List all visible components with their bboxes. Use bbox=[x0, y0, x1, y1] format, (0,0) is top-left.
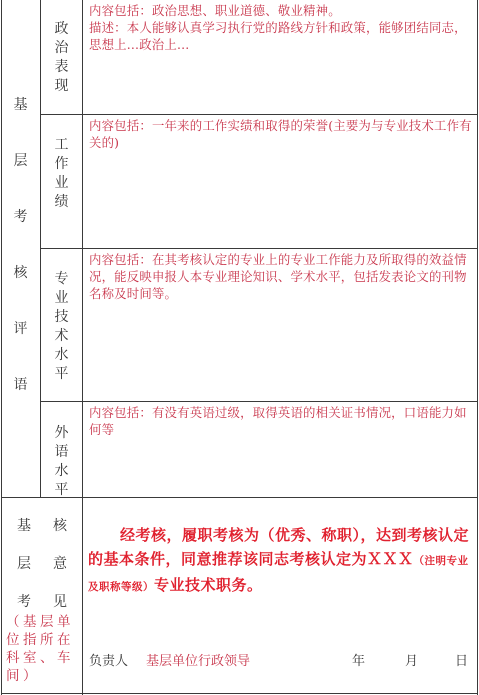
signer-label: 负责人 bbox=[89, 650, 128, 669]
verdict-text-end: 专业技术职务。 bbox=[154, 576, 263, 594]
content-line: 内容包括：有没有英语过级，取得英语的相关证书情况，口语能力如何等 bbox=[89, 404, 474, 438]
heading-char: 考 bbox=[14, 210, 28, 224]
date-month: 月 bbox=[405, 650, 418, 669]
opinion-label-note: （基层单 位指所在 科室、车 间） bbox=[2, 613, 82, 685]
label-char: 政 bbox=[55, 22, 69, 36]
opinion-label: 基 核 层 意 考 见 （基层单 位指所在 科室、车 间） bbox=[2, 519, 82, 685]
opinion-verdict: 经考核，履职考核为（优秀、称职），达到考核认定的基本条件，同意推荐该同志考核认定… bbox=[88, 523, 474, 599]
note-line: 位指所在 bbox=[6, 631, 82, 649]
content-line: 描述：本人能够认真学习执行党的路线方针和政策，能够团结同志，思想上...政治上.… bbox=[89, 19, 474, 53]
border-row2 bbox=[40, 248, 478, 249]
label-char: 见 bbox=[53, 595, 67, 609]
heading-char: 语 bbox=[14, 378, 28, 392]
section-content-technical: 内容包括：在其考核认定的专业上的专业工作能力及所取得的效益情况，能反映申报人本专… bbox=[89, 251, 474, 302]
border-main-divider bbox=[1, 497, 478, 498]
signer-value: 基层单位行政领导 bbox=[146, 650, 250, 669]
label-char: 工 bbox=[55, 138, 69, 152]
date-year: 年 bbox=[352, 650, 365, 669]
section-label-political: 政 治 表 现 bbox=[41, 22, 82, 93]
left-heading: 基 层 考 核 评 语 bbox=[1, 98, 40, 392]
label-char: 表 bbox=[55, 60, 69, 74]
content-line: 内容包括：一年来的工作实绩和取得的荣誉(主要为与专业技术工作有关的) bbox=[89, 117, 474, 151]
note-line: 间） bbox=[6, 667, 82, 685]
label-char: 语 bbox=[55, 445, 69, 459]
label-char: 平 bbox=[55, 483, 69, 497]
date-day: 日 bbox=[455, 650, 468, 669]
label-char: 意 bbox=[53, 557, 67, 571]
border-bottom bbox=[1, 693, 478, 694]
border-row1 bbox=[40, 114, 478, 115]
label-char: 水 bbox=[55, 348, 69, 362]
content-line: 内容包括：政治思想、职业道德、敬业精神。 bbox=[89, 2, 474, 19]
verdict-text: 经考核，履职考核为（优秀、称职），达到考核认定的基本条件，同意推荐该同志考核认定… bbox=[88, 526, 469, 568]
label-char: 外 bbox=[55, 426, 69, 440]
note-line: （基层单 bbox=[6, 613, 82, 631]
label-char: 作 bbox=[55, 157, 69, 171]
content-line: 内容包括：在其考核认定的专业上的专业工作能力及所取得的效益情况，能反映申报人本专… bbox=[89, 251, 474, 302]
label-char: 基 bbox=[17, 519, 31, 533]
label-char: 治 bbox=[55, 41, 69, 55]
label-char: 水 bbox=[55, 464, 69, 478]
section-content-language: 内容包括：有没有英语过级，取得英语的相关证书情况，口语能力如何等 bbox=[89, 404, 474, 438]
border-right bbox=[477, 0, 478, 695]
label-char: 业 bbox=[55, 291, 69, 305]
border-row3 bbox=[40, 401, 478, 402]
label-char: 技 bbox=[55, 310, 69, 324]
border-col2 bbox=[82, 0, 83, 695]
section-content-political: 内容包括：政治思想、职业道德、敬业精神。 描述：本人能够认真学习执行党的路线方针… bbox=[89, 2, 474, 53]
label-char: 核 bbox=[53, 519, 67, 533]
label-char: 业 bbox=[55, 176, 69, 190]
section-content-work: 内容包括：一年来的工作实绩和取得的荣誉(主要为与专业技术工作有关的) bbox=[89, 117, 474, 151]
label-char: 专 bbox=[55, 272, 69, 286]
section-label-work: 工 作 业 绩 bbox=[41, 138, 82, 209]
heading-char: 基 bbox=[14, 98, 28, 112]
section-label-language: 外 语 水 平 bbox=[41, 426, 82, 497]
label-char: 绩 bbox=[55, 195, 69, 209]
label-char: 术 bbox=[55, 329, 69, 343]
section-label-technical: 专 业 技 术 水 平 bbox=[41, 272, 82, 381]
heading-char: 评 bbox=[14, 322, 28, 336]
heading-char: 核 bbox=[14, 266, 28, 280]
heading-char: 层 bbox=[14, 154, 28, 168]
label-char: 现 bbox=[55, 79, 69, 93]
label-char: 平 bbox=[55, 367, 69, 381]
note-line: 科室、车 bbox=[6, 649, 82, 667]
label-char: 考 bbox=[17, 595, 31, 609]
label-char: 层 bbox=[17, 557, 31, 571]
